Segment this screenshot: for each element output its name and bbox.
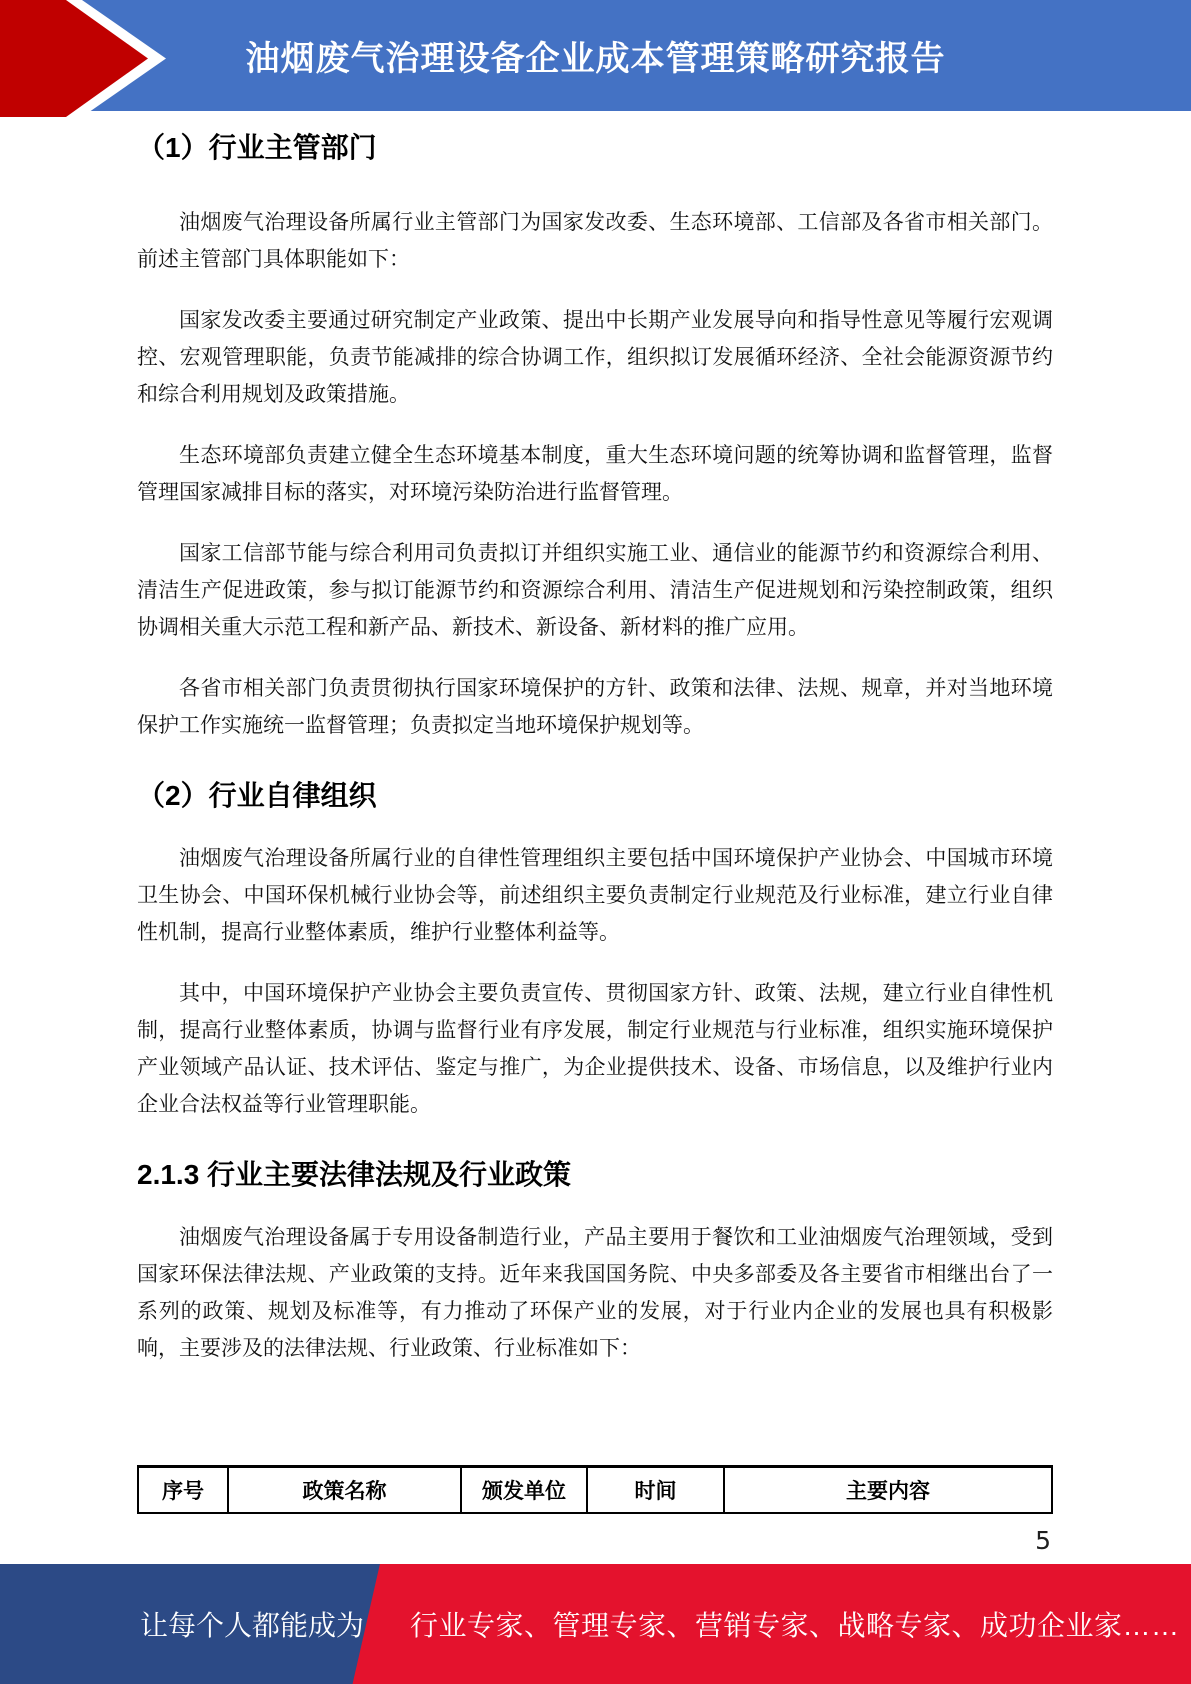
policy-table: 序号 政策名称 颁发单位 时间 主要内容 — [137, 1465, 1053, 1514]
report-title: 油烟废气治理设备企业成本管理策略研究报告 — [0, 0, 1191, 111]
footer-slogan-left: 让每个人都能成为 — [140, 1564, 364, 1684]
paragraph: 各省市相关部门负责贯彻执行国家环境保护的方针、政策和法律、法规、规章，并对当地环… — [137, 670, 1053, 744]
paragraph: 生态环境部负责建立健全生态环境基本制度，重大生态环境问题的统筹协调和监督管理，监… — [137, 437, 1053, 511]
document-page: 油烟废气治理设备企业成本管理策略研究报告 （1）行业主管部门 油烟废气治理设备所… — [0, 0, 1191, 1684]
footer-banner: 让每个人都能成为 行业专家、管理专家、营销专家、战略专家、成功企业家…… — [0, 1564, 1191, 1684]
paragraph: 油烟废气治理设备所属行业主管部门为国家发改委、生态环境部、工信部及各省市相关部门… — [137, 204, 1053, 278]
table-header-row: 序号 政策名称 颁发单位 时间 主要内容 — [138, 1467, 1052, 1514]
heading-industry-regulators: （1）行业主管部门 — [137, 128, 1053, 168]
page-content: （1）行业主管部门 油烟废气治理设备所属行业主管部门为国家发改委、生态环境部、工… — [137, 128, 1053, 1555]
heading-industry-self-regulation: （2）行业自律组织 — [137, 776, 1053, 816]
table-header-cell: 政策名称 — [228, 1467, 461, 1514]
header-banner: 油烟废气治理设备企业成本管理策略研究报告 — [0, 0, 1191, 111]
table-header-cell: 主要内容 — [724, 1467, 1052, 1514]
heading-laws-and-policies: 2.1.3 行业主要法律法规及行业政策 — [137, 1155, 1053, 1195]
paragraph: 国家发改委主要通过研究制定产业政策、提出中长期产业发展导向和指导性意见等履行宏观… — [137, 302, 1053, 413]
paragraph: 其中，中国环境保护产业协会主要负责宣传、贯彻国家方针、政策、法规，建立行业自律性… — [137, 975, 1053, 1123]
table-header-cell: 时间 — [587, 1467, 724, 1514]
paragraph: 油烟废气治理设备属于专用设备制造行业，产品主要用于餐饮和工业油烟废气治理领域，受… — [137, 1219, 1053, 1367]
table-header-cell: 颁发单位 — [461, 1467, 587, 1514]
page-number: 5 — [137, 1526, 1051, 1555]
table-header-cell: 序号 — [138, 1467, 228, 1514]
paragraph: 国家工信部节能与综合利用司负责拟订并组织实施工业、通信业的能源节约和资源综合利用… — [137, 535, 1053, 646]
footer-slogan-right: 行业专家、管理专家、营销专家、战略专家、成功企业家…… — [410, 1564, 1180, 1684]
paragraph: 油烟废气治理设备所属行业的自律性管理组织主要包括中国环境保护产业协会、中国城市环… — [137, 840, 1053, 951]
